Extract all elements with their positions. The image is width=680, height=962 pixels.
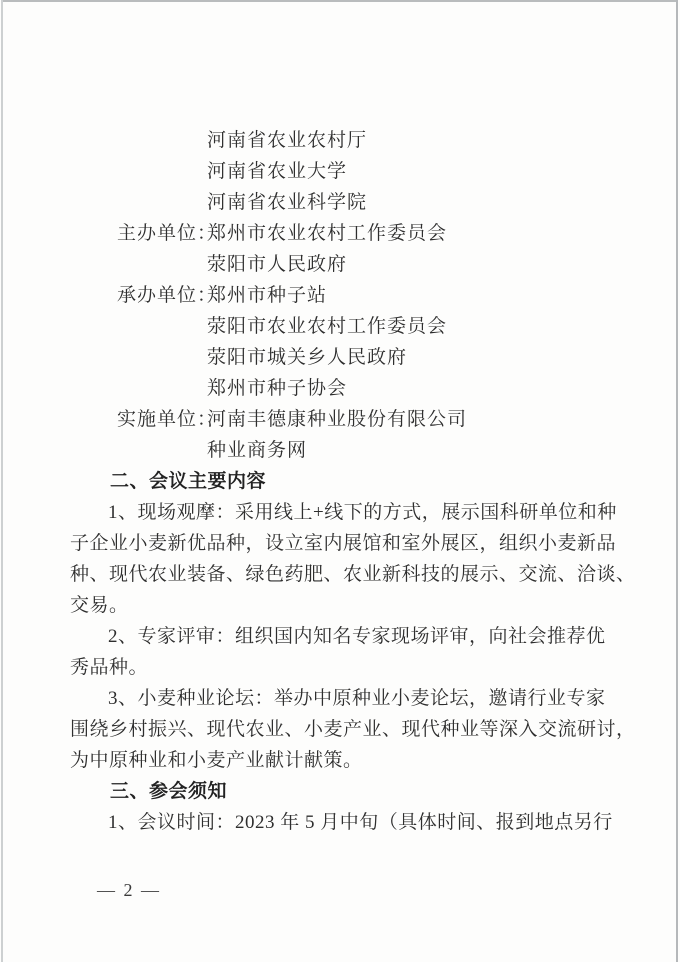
- paragraph-line: 为中原种业和小麦产业献计献策。: [70, 745, 600, 776]
- org-list: 河南省农业农村厅 河南省农业大学 河南省农业科学院 主办单位：郑州市农业农村工作…: [70, 125, 600, 466]
- org-value: 郑州市种子协会: [207, 378, 347, 399]
- org-row: 河南省农业科学院: [70, 187, 600, 218]
- org-label: 实施单位：: [117, 404, 207, 435]
- paragraph-line: 种、现代农业装备、绿色药肥、农业新科技的展示、交流、洽谈、: [70, 559, 600, 590]
- paragraph-line: 3、小麦种业论坛：举办中原种业小麦论坛，邀请行业专家: [70, 683, 600, 714]
- scan-edge-right: [676, 0, 678, 962]
- section-heading: 二、会议主要内容: [70, 466, 600, 497]
- paragraph-expert-review: 2、专家评审：组织国内知名专家现场评审，向社会推荐优 秀品种。: [70, 621, 600, 683]
- paragraph-wheat-forum: 3、小麦种业论坛：举办中原种业小麦论坛，邀请行业专家 围绕乡村振兴、现代农业、小…: [70, 683, 600, 776]
- org-row: 郑州市种子协会: [70, 373, 600, 404]
- org-row: 河南省农业大学: [70, 156, 600, 187]
- org-value: 荥阳市农业农村工作委员会: [207, 316, 447, 337]
- org-row: 主办单位：郑州市农业农村工作委员会: [70, 218, 600, 249]
- paragraph-line: 1、现场观摩：采用线上+线下的方式，展示国科研单位和种: [70, 497, 600, 528]
- org-value: 荥阳市人民政府: [207, 254, 347, 275]
- section-attendance-notes: 三、参会须知 1、会议时间：2023 年 5 月中旬（具体时间、报到地点另行: [70, 776, 600, 838]
- org-value: 郑州市农业农村工作委员会: [207, 223, 447, 244]
- org-value: 河南省农业科学院: [207, 192, 367, 213]
- org-label: 主办单位：: [117, 218, 207, 249]
- section-meeting-content: 二、会议主要内容 1、现场观摩：采用线上+线下的方式，展示国科研单位和种 子企业…: [70, 466, 600, 776]
- scan-edge-top: [2, 0, 678, 2]
- org-row: 种业商务网: [70, 435, 600, 466]
- org-row: 承办单位：郑州市种子站: [70, 280, 600, 311]
- paragraph-line: 1、会议时间：2023 年 5 月中旬（具体时间、报到地点另行: [70, 807, 600, 838]
- org-row: 河南省农业农村厅: [70, 125, 600, 156]
- paragraph-line: 交易。: [70, 590, 600, 621]
- paragraph-line: 2、专家评审：组织国内知名专家现场评审，向社会推荐优: [70, 621, 600, 652]
- org-value: 河南省农业农村厅: [207, 130, 367, 151]
- org-value: 荥阳市城关乡人民政府: [207, 347, 407, 368]
- paragraph-line: 秀品种。: [70, 652, 600, 683]
- org-value: 河南省农业大学: [207, 161, 347, 182]
- org-row: 荥阳市人民政府: [70, 249, 600, 280]
- paragraph-site-observation: 1、现场观摩：采用线上+线下的方式，展示国科研单位和种 子企业小麦新优品种，设立…: [70, 497, 600, 621]
- org-row: 实施单位：河南丰德康种业股份有限公司: [70, 404, 600, 435]
- scanned-document-page: 河南省农业农村厅 河南省农业大学 河南省农业科学院 主办单位：郑州市农业农村工作…: [0, 0, 680, 962]
- org-value: 郑州市种子站: [207, 285, 327, 306]
- org-row: 荥阳市农业农村工作委员会: [70, 311, 600, 342]
- document-body: 河南省农业农村厅 河南省农业大学 河南省农业科学院 主办单位：郑州市农业农村工作…: [70, 125, 600, 838]
- org-value: 河南丰德康种业股份有限公司: [207, 409, 467, 430]
- scan-edge-left: [1, 0, 3, 962]
- page-number: — 2 —: [97, 880, 161, 901]
- section-heading: 三、参会须知: [70, 776, 600, 807]
- org-value: 种业商务网: [207, 440, 307, 461]
- org-label: 承办单位：: [117, 280, 207, 311]
- paragraph-meeting-time: 1、会议时间：2023 年 5 月中旬（具体时间、报到地点另行: [70, 807, 600, 838]
- org-row: 荥阳市城关乡人民政府: [70, 342, 600, 373]
- paragraph-line: 围绕乡村振兴、现代农业、小麦产业、现代种业等深入交流研讨，: [70, 714, 600, 745]
- paragraph-line: 子企业小麦新优品种，设立室内展馆和室外展区，组织小麦新品: [70, 528, 600, 559]
